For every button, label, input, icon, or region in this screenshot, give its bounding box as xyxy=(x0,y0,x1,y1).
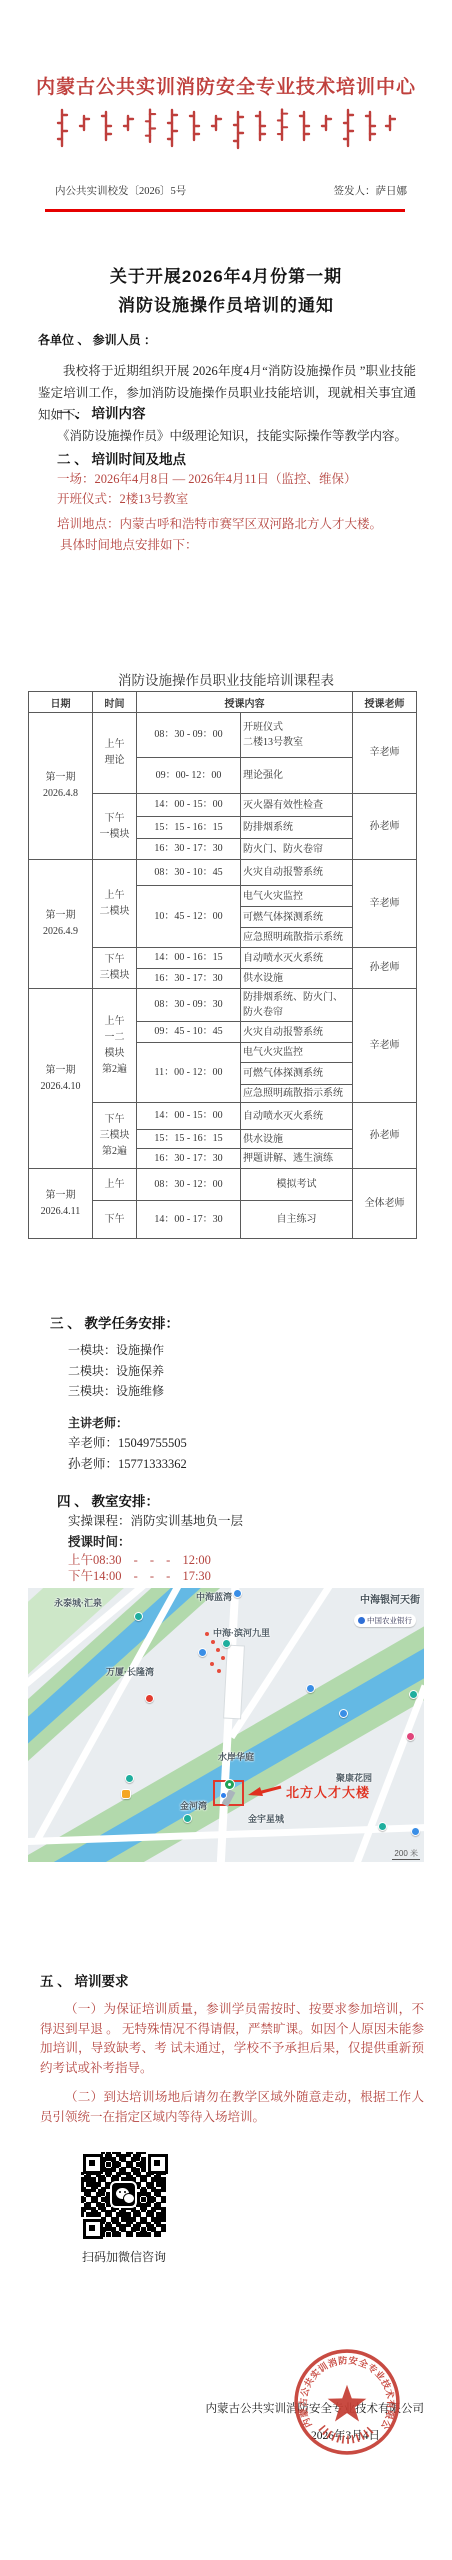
location-pin-icon xyxy=(224,1779,235,1790)
practical-course-location: 实操课程：消防实训基地负一层 xyxy=(68,1511,243,1529)
content-cell: 可燃气体探测系统 xyxy=(241,907,353,928)
highlight-box xyxy=(213,1780,244,1806)
content-cell: 自主练习 xyxy=(241,1201,353,1239)
table-header-row: 日期 时间 授课内容 授课老师 xyxy=(29,692,417,713)
doc-number: 内公共实训校发〔2026〕5号 xyxy=(55,183,186,198)
section1-heading: 一 、 培训内容 xyxy=(57,402,146,422)
teacher-cell: 孙老师 xyxy=(353,794,417,860)
session-cell: 下午 xyxy=(93,1201,137,1239)
red-divider xyxy=(45,209,405,212)
content-cell: 模拟考试 xyxy=(241,1169,353,1201)
date-cell: 第一期2026.4.11 xyxy=(29,1169,93,1239)
table-row: 第一期2026.4.8 上午理论 08：30 - 09：00 开班仪式二楼13号… xyxy=(29,713,417,758)
content-cell: 理论强化 xyxy=(241,758,353,794)
teachers-heading: 主讲老师： xyxy=(68,1414,128,1431)
content-cell: 电气火灾监控 xyxy=(241,1043,353,1063)
opening-ceremony-room: 开班仪式：2楼13号教室 xyxy=(57,489,188,507)
class-time-afternoon: 下午14:00 - - - 17:30 xyxy=(68,1566,211,1584)
map-poi-marker xyxy=(134,1612,143,1621)
content-cell: 应急照明疏散指示系统 xyxy=(241,1085,353,1103)
map-poi-marker xyxy=(198,1648,207,1657)
session-cell: 下午三模块 第2遍 xyxy=(93,1103,137,1169)
table-row: 第一期2026.4.11 上午 08：30 - 12：00 模拟考试 全体老师 xyxy=(29,1169,417,1201)
time-cell: 09：45 - 10：45 xyxy=(137,1022,241,1043)
map-poi-marker xyxy=(411,1827,420,1836)
doc-meta-row: 内公共实训校发〔2026〕5号 签发人：萨日娜 xyxy=(55,183,407,198)
map-poi-marker xyxy=(125,1774,134,1783)
section3-heading: 三 、 教学任务安排： xyxy=(50,1312,179,1332)
course-table: 日期 时间 授课内容 授课老师 第一期2026.4.8 上午理论 08：30 -… xyxy=(28,691,417,1239)
notice-title-line2: 消防设施操作员培训的通知 xyxy=(0,291,452,320)
teacher1-phone: 辛老师：15049755505 xyxy=(68,1433,187,1451)
module3: 三模块：设施维修 xyxy=(68,1382,164,1399)
col-teacher: 授课老师 xyxy=(353,692,417,713)
salutation: 各单位 、 参训人员 ： xyxy=(38,331,156,348)
location-map: 永泰城·汇泉 中海蓝湾 中海银河天街 中海·滨河九里 万厦·长隆湾 水岸华庭 聚… xyxy=(28,1588,424,1862)
qr-finder-icon xyxy=(146,2152,166,2172)
time-cell: 14：00 - 15：00 xyxy=(137,794,241,817)
map-poi-marker xyxy=(121,1789,131,1799)
content-cell: 防排烟系统 xyxy=(241,817,353,839)
blue-dot-icon xyxy=(220,1792,227,1799)
notice-title-line1: 关于开展2026年4月份第一期 xyxy=(0,262,452,291)
wechat-qr-code xyxy=(77,2148,170,2241)
col-time: 时间 xyxy=(93,692,137,713)
notice-document: { "colors": { "accent": "#c0392b", "red-… xyxy=(0,0,452,2560)
col-content: 授课内容 xyxy=(137,692,353,713)
teacher-cell: 孙老师 xyxy=(353,948,417,989)
content-cell: 供水设施 xyxy=(241,969,353,989)
map-poi-marker xyxy=(406,1732,415,1741)
teacher-cell: 辛老师 xyxy=(353,860,417,948)
map-route-dot xyxy=(217,1669,221,1673)
content-cell: 自动喷水灭火系统 xyxy=(241,1103,353,1130)
map-bridge xyxy=(224,1646,244,1719)
section4-heading: 四 、 教室安排： xyxy=(57,1490,159,1510)
qr-finder-icon xyxy=(81,2152,101,2172)
requirement-paragraph-1: （一）为保证培训质量，参训学员需按时、按要求参加培训，不得迟到早退 。 无特殊情… xyxy=(40,2000,424,2078)
map-poi-marker xyxy=(233,1589,242,1598)
date-cell: 第一期2026.4.10 xyxy=(29,989,93,1169)
content-cell: 火灾自动报警系统 xyxy=(241,860,353,886)
content-cell: 防火门、防火卷帘 xyxy=(241,839,353,860)
map-route-dot xyxy=(216,1648,220,1652)
time-cell: 14：00 - 17：30 xyxy=(137,1201,241,1239)
notice-title: 关于开展2026年4月份第一期 消防设施操作员培训的通知 xyxy=(0,262,452,320)
map-route-dot xyxy=(205,1632,209,1636)
wechat-icon xyxy=(110,2181,137,2208)
time-cell: 08：30 - 12：00 xyxy=(137,1169,241,1201)
section2-heading: 二 、 培训时间及地点 xyxy=(57,448,186,468)
teacher2-phone: 孙老师：15771333362 xyxy=(68,1454,187,1472)
map-poi-marker xyxy=(378,1822,387,1831)
signer: 签发人：萨日娜 xyxy=(334,183,408,198)
time-cell: 11：00 - 12：00 xyxy=(137,1043,241,1103)
content-cell: 供水设施 xyxy=(241,1130,353,1149)
table-row: 第一期2026.4.9 上午二模块 08：30 - 10：45 火灾自动报警系统… xyxy=(29,860,417,886)
session-dates: 一场：2026年4月8日 — 2026年4月11日（监控、维保） xyxy=(57,469,357,487)
course-table-title: 消防设施操作员职业技能培训课程表 xyxy=(0,669,452,689)
seal-script-marks xyxy=(322,2427,373,2439)
col-date: 日期 xyxy=(29,692,93,713)
map-route-dot xyxy=(221,1656,225,1660)
teacher-cell: 孙老师 xyxy=(353,1103,417,1169)
map-poi-marker xyxy=(339,1709,348,1718)
time-cell: 16：30 - 17：30 xyxy=(137,969,241,989)
bank-icon xyxy=(358,1617,365,1624)
content-cell: 电气火灾监控 xyxy=(241,886,353,907)
highlight-building-label: 北方人才大楼 xyxy=(286,1782,370,1801)
content-cell: 开班仪式二楼13号教室 xyxy=(241,713,353,758)
qr-caption: 扫码加微信咨询 xyxy=(82,2248,166,2265)
svg-text:内蒙古公共实训消防安全专业技术有限公司: 内蒙古公共实训消防安全专业技术有限公司 xyxy=(291,2346,397,2432)
session-cell: 上午 xyxy=(93,1169,137,1201)
teacher-cell: 全体老师 xyxy=(353,1169,417,1239)
map-label-yinhe: 中海银河天街 xyxy=(360,1591,420,1606)
table-row: 第一期2026.4.10 上午一二 模块第2遍 08：30 - 09：30 防排… xyxy=(29,989,417,1022)
seal-star-icon xyxy=(328,2385,367,2422)
section5-heading: 五 、 培训要求 xyxy=(40,1970,129,1990)
map-label-jinyu: 金宇星城 xyxy=(248,1812,284,1825)
section1-body: 《消防设施操作员》中级理论知识，技能实际操作等教学内容。 xyxy=(57,426,407,444)
schedule-note: 具体时间地点安排如下： xyxy=(60,535,198,553)
time-cell: 16：30 - 17：30 xyxy=(137,1149,241,1169)
time-cell: 08：30 - 09：00 xyxy=(137,713,241,758)
red-arrow-icon xyxy=(246,1784,282,1798)
time-cell: 15：15 - 16：15 xyxy=(137,1130,241,1149)
content-cell: 押题讲解、逃生演练 xyxy=(241,1149,353,1169)
map-label-lanwan: 中海蓝湾 xyxy=(196,1590,232,1603)
session-cell: 上午二模块 xyxy=(93,860,137,948)
class-time-label: 授课时间： xyxy=(68,1532,131,1550)
time-cell: 14：00 - 16：15 xyxy=(137,948,241,969)
session-cell: 下午一模块 xyxy=(93,794,137,860)
map-bank-label: 中国农业银行 xyxy=(354,1614,416,1627)
map-label-shuian: 水岸华庭 xyxy=(218,1750,254,1763)
time-cell: 08：30 - 10：45 xyxy=(137,860,241,886)
map-label-jinhewan: 金河湾 xyxy=(180,1799,207,1812)
mongolian-script-decoration xyxy=(56,106,396,154)
map-poi-marker xyxy=(183,1814,192,1823)
qr-finder-icon xyxy=(81,2217,101,2237)
map-poi-marker xyxy=(145,1694,154,1703)
qr-pattern xyxy=(81,2152,166,2237)
seal-ring-text: 内蒙古公共实训消防安全专业技术有限公司 xyxy=(291,2346,397,2432)
map-poi-marker xyxy=(306,1684,315,1693)
map-poi-marker xyxy=(222,1639,231,1648)
map-scale: 200 米 xyxy=(392,1848,420,1860)
time-cell: 08：30 - 09：30 xyxy=(137,989,241,1022)
requirement-paragraph-2: （二）到达培训场地后请勿在教学区域外随意走动，根据工作人员引领统一在指定区域内等… xyxy=(40,2088,424,2127)
map-route-dot xyxy=(211,1640,215,1644)
time-cell: 16：30 - 17：30 xyxy=(137,839,241,860)
content-cell: 应急照明疏散指示系统 xyxy=(241,928,353,948)
teacher-cell: 辛老师 xyxy=(353,713,417,794)
date-cell: 第一期2026.4.9 xyxy=(29,860,93,989)
module1: 一模块：设施操作 xyxy=(68,1341,164,1358)
session-cell: 下午三模块 xyxy=(93,948,137,989)
org-title: 内蒙古公共实训消防安全专业技术培训中心 xyxy=(0,72,452,99)
content-cell: 火灾自动报警系统 xyxy=(241,1022,353,1043)
session-cell: 上午理论 xyxy=(93,713,137,794)
module2: 二模块：设施保养 xyxy=(68,1362,164,1379)
official-seal: 内蒙古公共实训消防安全专业技术有限公司 xyxy=(291,2346,403,2458)
content-cell: 自动喷水灭火系统 xyxy=(241,948,353,969)
time-cell: 15：15 - 16：15 xyxy=(137,817,241,839)
time-cell: 14：00 - 15：00 xyxy=(137,1103,241,1130)
training-address: 培训地点：内蒙古呼和浩特市赛罕区双河路北方人才大楼。 xyxy=(57,514,382,532)
session-cell: 上午一二 模块第2遍 xyxy=(93,989,137,1103)
map-poi-marker xyxy=(409,1690,418,1699)
teacher-cell: 辛老师 xyxy=(353,989,417,1103)
time-cell: 09：00- 12：00 xyxy=(137,758,241,794)
time-cell: 10：45 - 12：00 xyxy=(137,886,241,948)
map-label-wansha: 万厦·长隆湾 xyxy=(106,1665,154,1678)
map-label-yongtai: 永泰城·汇泉 xyxy=(54,1596,102,1609)
map-label-binhe: 中海·滨河九里 xyxy=(213,1626,270,1639)
date-cell: 第一期2026.4.8 xyxy=(29,713,93,860)
map-route-dot xyxy=(210,1662,214,1666)
content-cell: 可燃气体探测系统 xyxy=(241,1063,353,1085)
content-cell: 灭火器有效性检查 xyxy=(241,794,353,817)
content-cell: 防排烟系统、防火门、防火卷帘 xyxy=(241,989,353,1022)
